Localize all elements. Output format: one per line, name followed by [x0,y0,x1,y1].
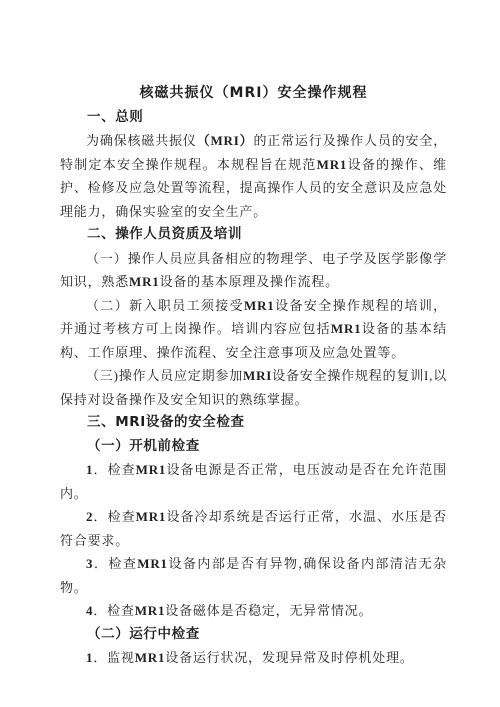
text-run: 设备运行状况，发现异常及时停机处理。 [165,650,413,665]
text-run: ．检查 [93,509,135,524]
numbered-item: 1．监视MR1设备运行状况，发现异常及时停机处理。 [60,646,447,670]
text-run: （二）运行中检查 [87,626,200,642]
text-run: ．检查 [93,556,137,571]
text-run: 一、总则 [87,109,143,125]
section-heading: 二、操作人员资质及培训 [60,223,447,247]
subsection-heading: （二）运行中检查 [60,623,447,647]
text-run: MR1 [331,321,362,336]
text-run: （三)操作人员应定期参加 [86,368,243,383]
text-run: 为确保核磁共振仪 [86,133,197,148]
text-run: ．检查 [93,462,135,477]
text-run: （一）开机前检查 [87,438,200,454]
text-run: ．检查 [93,603,134,618]
text-run: MR1 [136,462,167,477]
text-run: MR1 [244,298,275,313]
text-run: MR1 [129,274,160,289]
text-run: MRI [243,368,272,383]
text-run: 设备的基本原理及操作流程。 [160,274,339,289]
text-run: MR1 [317,157,348,172]
numbered-item: 4．检查MR1设备磁体是否稳定，无异常情况。 [60,599,447,623]
numbered-item: 3．检查MR1设备内部是否有异物,确保设备内部清洁无杂物。 [60,552,447,599]
text-run: MR1 [137,556,168,571]
section-heading: 三、MRI设备的安全检查 [60,411,447,435]
text-run: （MRI） [197,133,254,148]
document-title: 核磁共振仪（MRI）安全操作规程 [60,82,447,106]
numbered-item: 1．检查MR1设备电源是否正常，电压波动是否在允许范围内。 [60,458,447,505]
text-run: MR1 [135,603,166,618]
document-blocks: 一、总则为确保核磁共振仪（MRI）的正常运行及操作人员的安全，特制定本安全操作规… [60,106,447,670]
text-run: 三、MRI设备的安全检查 [87,414,245,430]
document-page: 核磁共振仪（MRI）安全操作规程 一、总则为确保核磁共振仪（MRI）的正常运行及… [0,0,500,707]
paragraph: （一）操作人员应具备相应的物理学、电子学及医学影像学知识，熟悉MR1设备的基本原… [60,247,447,294]
section-heading: 一、总则 [60,106,447,130]
text-run: MR1 [136,509,167,524]
text-run: （二）新入职员工须接受 [86,298,244,313]
paragraph: 为确保核磁共振仪（MRI）的正常运行及操作人员的安全，特制定本安全操作规程。本规… [60,129,447,223]
paragraph: （三)操作人员应定期参加MRI设备安全操作规程的复训I,以保持对设备操作及安全知… [60,364,447,411]
text-run: 二、操作人员资质及培训 [87,226,242,242]
text-run: MR1 [135,650,166,665]
text-run: 设备磁体是否稳定，无异常情况。 [165,603,372,618]
paragraph: （二）新入职员工须接受MR1设备安全操作规程的培训，并通过考核方可上岗操作。培训… [60,294,447,365]
text-run: ．监视 [93,650,134,665]
numbered-item: 2．检查MR1设备冷却系统是否运行正常，水温、水压是否符合要求。 [60,505,447,552]
subsection-heading: （一）开机前检查 [60,435,447,459]
